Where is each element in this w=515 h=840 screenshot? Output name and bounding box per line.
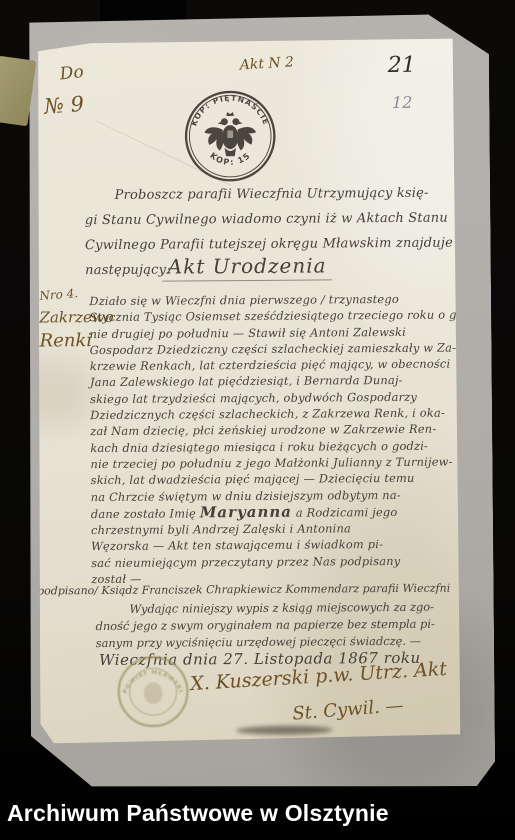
pencil-folio-number: 12 [392, 93, 412, 112]
parish-stamp-icon: POWIAT MŁAWSKI [114, 652, 193, 731]
body-lines-a: Działo się w Wieczfni dnia pierwszego / … [89, 291, 462, 505]
double-headed-eagle-icon [204, 112, 256, 157]
act-title: Akt Urodzenia [37, 253, 457, 280]
handwritten-line: skich, lat dwadzieścia pięć mającej — Dz… [91, 470, 463, 489]
archive-photo-backdrop: Do № 9 Akt N 2 21 12 KOP: PIĘTNAŚCIE KOP… [0, 0, 515, 840]
archive-watermark-caption: Archiwum Państwowe w Olsztynie [7, 800, 389, 827]
revenue-stamp-icon: KOP: PIĘTNAŚCIE KOP: 15 [182, 88, 279, 185]
document-page: Do № 9 Akt N 2 21 12 KOP: PIĘTNAŚCIE KOP… [36, 39, 461, 744]
ink-smudge [236, 725, 332, 735]
margin-note-number: № 9 [43, 92, 85, 119]
official-signature-line2: St. Cywil. — [292, 695, 405, 724]
page-number: 21 [388, 53, 416, 78]
header-annotation: Akt N 2 [239, 54, 294, 73]
act-body-paragraph: Działo się w Wieczfni dnia pierwszego / … [89, 291, 463, 588]
margin-note-do: Do [59, 62, 85, 85]
priest-signature-note: /podpisano/ Ksiądz Franciszek Chrapkiewi… [33, 582, 450, 598]
svg-text:KOP: PIĘTNAŚCIE: KOP: PIĘTNAŚCIE [189, 93, 271, 127]
body-lines-b: chrzestnymi byli Andrzej Zalęski i Anton… [91, 520, 463, 588]
stamp-top-text: KOP: PIĘTNAŚCIE [189, 93, 271, 127]
handwritten-line: Stycznia Tysiąc Osiemset sześćdziesiąteg… [89, 307, 461, 326]
certification-paragraph: Wydając niniejszy wypis z ksiąg miejscow… [95, 599, 435, 652]
handwritten-line: krzewie Renkach, lat czterdzieścia pięć … [90, 356, 462, 375]
handwritten-line: gi Stanu Cywilnego wiadomo czyni iż w Ak… [85, 205, 465, 233]
child-name: Maryanna [200, 503, 292, 522]
handwritten-line: Proboszcz parafii Wieczfnia Utrzymujący … [85, 180, 465, 208]
